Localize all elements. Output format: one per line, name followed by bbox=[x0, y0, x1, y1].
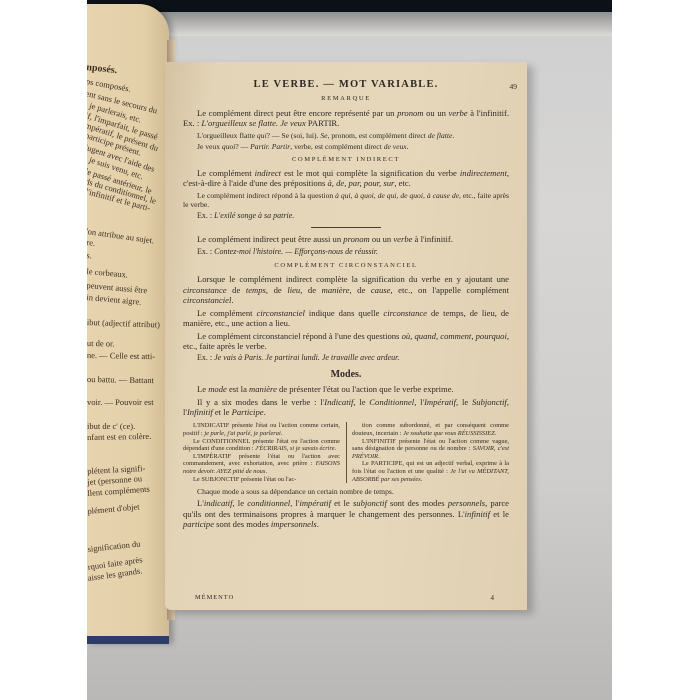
emphasis-text: verbe bbox=[449, 108, 468, 118]
left-page-line: plément d'objet bbox=[87, 501, 140, 516]
emphasis-text: qui bbox=[257, 131, 267, 140]
paragraph: L'orgueilleux flatte qui? — Se (soi, lui… bbox=[183, 131, 509, 140]
text-run: indique dans quelle bbox=[305, 308, 384, 318]
mode-definition: L'IMPÉRATIF présente l'état ou l'action … bbox=[183, 453, 340, 476]
paragraph: Chaque mode a sous sa dépendance un cert… bbox=[183, 487, 509, 496]
emphasis-text: J'ÉCRIRAIS, si je savais écrire bbox=[255, 445, 334, 452]
text-run: . bbox=[495, 430, 497, 437]
section-heading-complement-indirect: COMPLÉMENT INDIRECT bbox=[183, 155, 509, 165]
paragraph: Le complément indirect est le mot qui co… bbox=[183, 168, 509, 189]
left-page-line: le corbeaux. bbox=[87, 266, 128, 280]
left-page-line: signification du bbox=[87, 538, 141, 553]
left-page-line: voir. — Pouvoir est bbox=[87, 397, 154, 407]
text-run: PARTIR. bbox=[306, 118, 340, 128]
left-page-line: ibut (adjectif attribut) bbox=[87, 317, 160, 330]
text-run: et le bbox=[490, 509, 509, 519]
paragraph: Le complément indirect peut être aussi u… bbox=[183, 234, 509, 244]
signature-number: 4 bbox=[491, 594, 496, 602]
text-run: , le bbox=[456, 397, 472, 407]
emphasis-text: Subjonctif bbox=[472, 397, 507, 407]
emphasis-text: où, quand, comment, pourquoi bbox=[402, 331, 507, 341]
paragraph: L'indicatif, le conditionnel, l'impérati… bbox=[183, 498, 509, 529]
text-run: Je veux bbox=[197, 142, 222, 151]
running-head: LE VERBE. — MOT VARIABLE. 49 bbox=[183, 80, 509, 90]
text-run: ? — bbox=[235, 142, 250, 151]
text-run: ou un bbox=[424, 108, 449, 118]
emphasis-text: indirectement bbox=[460, 168, 507, 178]
text-run: Le SUBJONCTIF présente l'état ou l'ac- bbox=[193, 476, 296, 483]
emphasis-text: circonstance bbox=[183, 285, 227, 295]
text-run: L'orgueilleux flatte bbox=[197, 131, 257, 140]
left-page-line: ut de or. bbox=[87, 338, 115, 348]
emphasis-text: subjonctif bbox=[353, 498, 387, 508]
emphasis-text: de flatte bbox=[428, 131, 453, 140]
emphasis-text: impersonnels bbox=[271, 519, 317, 529]
text-run: , le bbox=[232, 498, 247, 508]
left-page: nposés.ps composés.ent sans le secours d… bbox=[87, 4, 169, 644]
section-heading-modes: Modes. bbox=[183, 370, 509, 380]
text-run: , de bbox=[300, 285, 321, 295]
text-run: ou un bbox=[370, 234, 394, 244]
text-run: . bbox=[378, 453, 380, 460]
text-run: Le complément bbox=[197, 168, 255, 178]
text-run: de présenter l'état ou l'action que le v… bbox=[277, 384, 454, 394]
text-run: . bbox=[231, 295, 233, 305]
paragraph: Le complément direct peut être encore re… bbox=[183, 108, 509, 129]
text-run: , verbe, est complément direct bbox=[290, 142, 383, 151]
text-run: , le bbox=[353, 397, 369, 407]
page-footer: MÉMENTO 4 bbox=[195, 594, 495, 601]
text-run: Le complément indirect répond à la quest… bbox=[197, 191, 335, 200]
text-run: Le complément bbox=[197, 308, 257, 318]
example-label: Ex. : bbox=[197, 211, 214, 220]
page-content: LE VERBE. — MOT VARIABLE. 49 REMARQUE Le… bbox=[183, 80, 509, 531]
footer-title: MÉMENTO bbox=[195, 594, 234, 601]
section-heading-remarque: REMARQUE bbox=[183, 94, 509, 104]
emphasis-text: circonstance bbox=[383, 308, 427, 318]
emphasis-text: cause bbox=[371, 285, 391, 295]
emphasis-text: Infinitif bbox=[187, 407, 213, 417]
paragraph: Le complément circonstanciel indique dan… bbox=[183, 308, 509, 329]
emphasis-text: Partir. Partir bbox=[250, 142, 290, 151]
text-run: . bbox=[452, 131, 454, 140]
definitions-column-right: tion comme subordonné, et par conséquent… bbox=[346, 422, 509, 483]
emphasis-text: conditionnel bbox=[247, 498, 290, 508]
emphasis-text: temps bbox=[246, 285, 266, 295]
emphasis-text: à, de, par, pour, sur bbox=[327, 178, 394, 188]
example-label: Ex. : bbox=[197, 353, 214, 362]
book-cover-edge bbox=[87, 636, 169, 644]
book-photo: nposés.ps composés.ent sans le secours d… bbox=[87, 0, 612, 700]
text-run: sont des modes bbox=[214, 519, 271, 529]
paragraph: Lorsque le complément indirect complète … bbox=[183, 274, 509, 305]
text-run: est la bbox=[227, 384, 249, 394]
text-run: Le complément direct peut être encore re… bbox=[197, 108, 397, 118]
text-run: . bbox=[265, 468, 267, 475]
mode-definition: Le PARTICIPE, qui est un adjectif verbal… bbox=[352, 460, 509, 483]
running-head-title: LE VERBE. — MOT VARIABLE. bbox=[253, 79, 438, 90]
text-run: et le bbox=[213, 407, 232, 417]
section-heading-complement-circonstanciel: COMPLÉMENT CIRCONSTANCIEL bbox=[183, 261, 509, 271]
text-run: . bbox=[317, 519, 319, 529]
text-run: , l' bbox=[414, 397, 424, 407]
example: Ex. : Je vais à Paris. Je partirai lundi… bbox=[183, 353, 509, 363]
emphasis-text: verbe bbox=[393, 234, 412, 244]
right-page: LE VERBE. — MOT VARIABLE. 49 REMARQUE Le… bbox=[165, 62, 527, 610]
mode-definition: Le SUBJONCTIF présente l'état ou l'ac- bbox=[183, 476, 340, 484]
emphasis-text: manière bbox=[322, 285, 350, 295]
text-run: à l'infinitif. bbox=[412, 234, 452, 244]
paragraph: Le mode est la manière de présenter l'ét… bbox=[183, 384, 509, 394]
emphasis-text: indirect bbox=[255, 168, 281, 178]
example: Ex. : L'exilé songe à sa patrie. bbox=[183, 211, 509, 221]
paragraph: Je veux quoi? — Partir. Partir, verbe, e… bbox=[183, 142, 509, 151]
left-page-line: ou battu. — Battant bbox=[87, 374, 154, 385]
paragraph: Il y a six modes dans le verbe : l'Indic… bbox=[183, 397, 509, 418]
dark-background-strip bbox=[87, 0, 612, 12]
emphasis-text: Conditionnel bbox=[369, 397, 414, 407]
emphasis-text: infinitif bbox=[465, 509, 490, 519]
emphasis-text: indicatif bbox=[204, 498, 233, 508]
emphasis-text: personnels bbox=[448, 498, 485, 508]
modes-definitions: L'INDICATIF présente l'état ou l'action … bbox=[183, 422, 509, 483]
text-run: , de bbox=[349, 285, 370, 295]
text-run: Le complément circonstanciel répond à l'… bbox=[197, 331, 402, 341]
left-page-line: re. bbox=[87, 237, 96, 248]
emphasis-text: Je souhaite que vous RÉUSSISSIEZ bbox=[403, 430, 495, 437]
mode-definition: L'INFINITIF présente l'état ou l'action … bbox=[352, 438, 509, 461]
emphasis-text: quoi bbox=[222, 142, 236, 151]
text-run: . bbox=[407, 142, 409, 151]
example-text: L'exilé songe à sa patrie. bbox=[214, 211, 294, 220]
text-run: , etc., on l'appelle complément bbox=[390, 285, 509, 295]
left-page-line: in devient aigre. bbox=[87, 292, 142, 307]
emphasis-text: Participe bbox=[232, 407, 264, 417]
mode-definition: L'INDICATIF présente l'état ou l'action … bbox=[183, 422, 340, 437]
emphasis-text: de veux bbox=[384, 142, 407, 151]
text-run: Lorsque le complément indirect complète … bbox=[197, 274, 509, 284]
left-page-line: ne. — Celle est atti- bbox=[87, 350, 155, 361]
text-run: . bbox=[264, 407, 266, 417]
text-run: Il y a six modes dans le verbe : l' bbox=[197, 397, 324, 407]
emphasis-text: manière bbox=[249, 384, 277, 394]
left-page-line: ibut de c' (ce). bbox=[87, 421, 135, 431]
example-text: Contez-moi l'histoire. — Efforçons-nous … bbox=[214, 247, 378, 256]
text-run: , pronom, est complément direct bbox=[328, 131, 428, 140]
emphasis-text: participe bbox=[183, 519, 214, 529]
left-page-line: nfant est en colère. bbox=[87, 431, 151, 442]
emphasis-text: je parle, j'ai parlé, je parlerai bbox=[204, 430, 280, 437]
emphasis-text: pronom bbox=[343, 234, 369, 244]
emphasis-text: lieu bbox=[287, 285, 300, 295]
text-run: . bbox=[421, 476, 423, 483]
text-run: Le bbox=[197, 384, 208, 394]
left-page-line: s. bbox=[87, 250, 92, 260]
text-run: L' bbox=[197, 498, 204, 508]
left-page-line: 'on attribue au sujet. bbox=[87, 226, 155, 245]
text-run: sont des modes bbox=[387, 498, 448, 508]
left-page-line: nposés. bbox=[87, 62, 118, 76]
example-label: Ex. : bbox=[197, 247, 214, 256]
text-run: , etc. bbox=[394, 178, 410, 188]
text-run: Le complément indirect peut être aussi u… bbox=[197, 234, 343, 244]
text-run: et le bbox=[331, 498, 353, 508]
text-run: est le mot qui complète la signification… bbox=[281, 168, 460, 178]
emphasis-text: mode bbox=[208, 384, 227, 394]
text-run: ? — Se (soi, lui). bbox=[267, 131, 321, 140]
emphasis-text: L'orgueilleux se flatte. Je veux bbox=[201, 118, 305, 128]
definitions-column-left: L'INDICATIF présente l'état ou l'action … bbox=[183, 422, 340, 483]
emphasis-text: circonstanciel bbox=[183, 295, 231, 305]
example-text: Je vais à Paris. Je partirai lundi. Je t… bbox=[214, 353, 399, 362]
mode-definition: Le CONDITIONNEL présente l'état ou l'act… bbox=[183, 438, 340, 453]
emphasis-text: Indicatif bbox=[324, 397, 353, 407]
emphasis-text: pronom bbox=[397, 108, 423, 118]
paragraph: Le complément circonstanciel répond à l'… bbox=[183, 331, 509, 352]
emphasis-text: Se bbox=[320, 131, 327, 140]
emphasis-text: à qui, à quoi, de qui, de quoi, à cause … bbox=[335, 191, 459, 200]
text-run: . bbox=[335, 445, 337, 452]
paragraph: Le complément indirect répond à la quest… bbox=[183, 191, 509, 209]
text-run: de bbox=[227, 285, 246, 295]
mode-definition: tion comme subordonné, et par conséquent… bbox=[352, 422, 509, 437]
emphasis-text: impératif bbox=[299, 498, 331, 508]
text-run: . bbox=[281, 430, 283, 437]
emphasis-text: Impératif bbox=[424, 397, 456, 407]
divider-rule bbox=[311, 227, 381, 228]
text-run: , de bbox=[266, 285, 287, 295]
emphasis-text: circonstanciel bbox=[257, 308, 305, 318]
page-number: 49 bbox=[510, 82, 518, 92]
example: Ex. : Contez-moi l'histoire. — Efforçons… bbox=[183, 247, 509, 257]
